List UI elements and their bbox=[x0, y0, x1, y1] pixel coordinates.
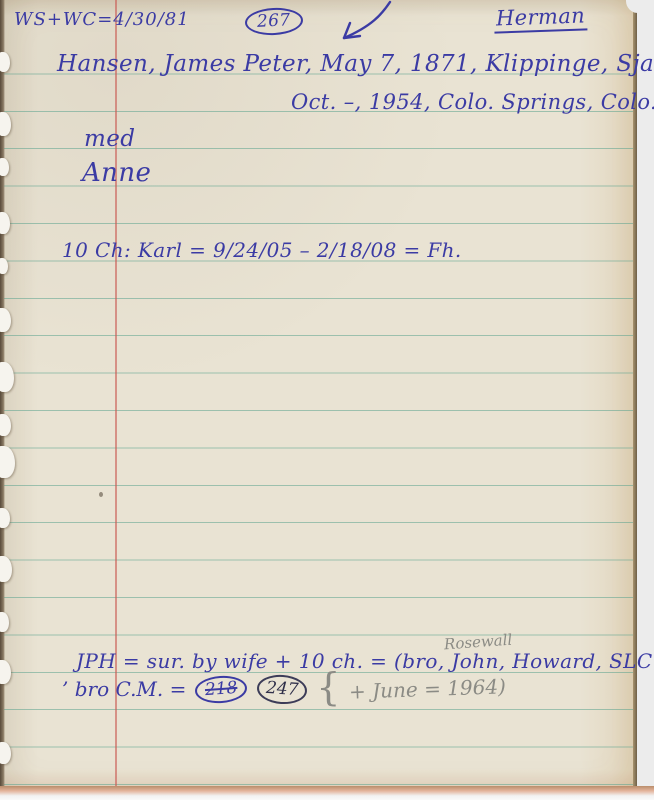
crossed-out-number: 218 bbox=[194, 674, 248, 705]
children-line: 10 Ch: Karl = 9/24/05 – 2/18/08 = Fh. bbox=[62, 238, 462, 262]
word-med: med bbox=[84, 126, 135, 152]
pencil-date-note: + June = 1964) bbox=[349, 674, 507, 703]
note-line-1: JPH = sur. by wife + 10 ch. = (bro, John… bbox=[76, 649, 654, 673]
note-line-2: ’ bro C.M. = 218 247 { + June = 1964) bbox=[62, 674, 506, 704]
scanned-notebook-page: WS+WC=4/30/81 267 Herman Hansen, James P… bbox=[0, 0, 654, 800]
pencil-brace: { bbox=[316, 672, 340, 702]
entry-line-1: Hansen, James Peter, May 7, 1871, Klippi… bbox=[57, 51, 654, 77]
bottom-scan-edge bbox=[0, 786, 654, 800]
arrow-mark bbox=[330, 0, 394, 50]
entry-line-2: Oct. –, 1954, Colo. Springs, Colo. CS bbox=[291, 90, 654, 114]
spouse-name: Anne bbox=[82, 158, 151, 188]
torn-edge bbox=[0, 52, 10, 72]
right-scan-background bbox=[637, 0, 654, 800]
torn-edge bbox=[0, 158, 9, 176]
circled-replacement-number: 247 bbox=[256, 673, 308, 705]
note-line-2-prefix: ’ bro C.M. = bbox=[62, 677, 186, 701]
date-code-annotation: WS+WC=4/30/81 bbox=[14, 9, 190, 30]
surname-annotation: Herman bbox=[494, 3, 588, 33]
ink-smudge bbox=[99, 492, 103, 497]
